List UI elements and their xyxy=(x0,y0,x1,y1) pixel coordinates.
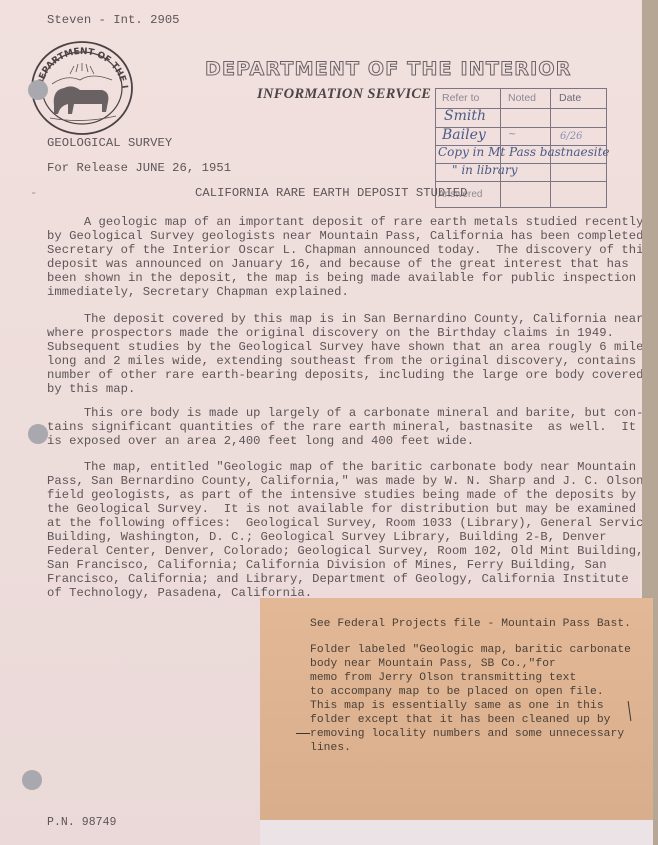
text-line: long and 2 miles wide, extending southea… xyxy=(47,355,651,369)
margin-mark xyxy=(628,701,632,721)
text-line: where prospectors made the original disc… xyxy=(47,327,614,341)
text-line: Building, Washington, D. C.; Geological … xyxy=(47,531,607,545)
text-line: Subsequent studies by the Geological Sur… xyxy=(47,341,651,355)
text-line: by Geological Survey geologists near Mou… xyxy=(47,230,643,244)
text-line: Pass, San Bernardino County, California,… xyxy=(47,475,651,489)
stamp-header-noted: Noted xyxy=(508,92,536,104)
text-line: This ore body is made up largely of a ca… xyxy=(47,407,643,421)
stamp-noted-initials: ~ xyxy=(508,129,516,140)
note-backing xyxy=(260,820,653,845)
department-title: DEPARTMENT OF THE INTERIOR xyxy=(205,58,572,80)
attached-note-slip: See Federal Projects file - Mountain Pas… xyxy=(260,598,653,820)
text-line: The deposit covered by this map is in Sa… xyxy=(47,313,643,327)
text-line: at the following offices: Geological Sur… xyxy=(47,517,658,531)
text-line: Francisco, California; and Library, Depa… xyxy=(47,573,629,587)
pn-number: P.N. 98749 xyxy=(47,816,117,830)
text-line: by this map. xyxy=(47,383,135,397)
release-date: For Release JUNE 26, 1951 xyxy=(47,162,231,176)
punch-hole xyxy=(22,770,42,790)
punch-hole xyxy=(28,80,48,100)
stamp-handwritten-note-2: " in library xyxy=(452,163,517,177)
text-line: deposit was announced on January 16, and… xyxy=(47,258,629,272)
note-line: removing locality numbers and some unnec… xyxy=(310,728,624,742)
stamp-refer-bailey: Bailey xyxy=(442,127,486,143)
note-line: body near Mountain Pass, SB Co.,"for xyxy=(310,658,556,672)
margin-mark xyxy=(296,733,310,734)
stamp-refer-smith: Smith xyxy=(444,108,486,124)
text-line: The map, entitled "Geologic map of the b… xyxy=(47,461,636,475)
note-line: This map is essentially same as one in t… xyxy=(310,700,604,714)
text-line: tains significant quantities of the rare… xyxy=(47,421,636,435)
text-line: field geologists, as part of the intensi… xyxy=(47,489,636,503)
stamp-handwritten-note-1: Copy in Mt Pass bastnaesite xyxy=(438,145,610,159)
note-line: lines. xyxy=(310,742,351,756)
stamp-header-refer-to: Refer to xyxy=(442,92,479,104)
file-reference: Steven - Int. 2905 xyxy=(47,14,180,28)
note-line: Folder labeled "Geologic map, baritic ca… xyxy=(310,644,631,658)
note-line: folder except that it has been cleaned u… xyxy=(310,714,611,728)
stamp-date-value: 6/26 xyxy=(560,131,582,142)
article-headline: CALIFORNIA RARE EARTH DEPOSIT STUDIED xyxy=(195,187,467,201)
text-line: San Francisco, California; California Di… xyxy=(47,559,607,573)
punch-hole xyxy=(28,424,48,444)
text-line: number of other rare earth-bearing depos… xyxy=(47,369,643,383)
text-line: been shown in the deposit, the map is be… xyxy=(47,272,636,286)
text-line: the Geological Survey. It is not availab… xyxy=(47,503,636,517)
text-line: Federal Center, Denver, Colorado; Geolog… xyxy=(47,545,643,559)
stamp-header-date: Date xyxy=(559,92,581,104)
bureau-label: GEOLOGICAL SURVEY xyxy=(47,137,172,151)
text-line: is exposed over an area 2,400 feet long … xyxy=(47,435,474,449)
dash-mark: - xyxy=(30,187,37,201)
information-service-label: INFORMATION SERVICE xyxy=(257,86,431,103)
text-line: A geologic map of an important deposit o… xyxy=(47,216,643,230)
note-reference-line: See Federal Projects file - Mountain Pas… xyxy=(310,618,631,632)
note-line: to accompany map to be placed on open fi… xyxy=(310,686,604,700)
note-line: memo from Jerry Olson transmitting text xyxy=(310,672,576,686)
text-line: Secretary of the Interior Oscar L. Chapm… xyxy=(47,244,651,258)
text-line: immediately, Secretary Chapman explained… xyxy=(47,286,349,300)
